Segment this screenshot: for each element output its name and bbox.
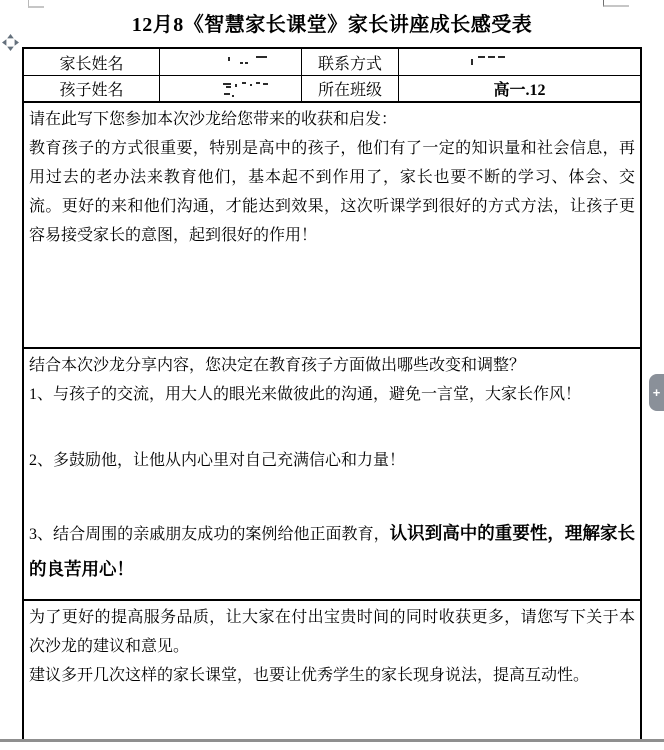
table-row: 家长姓名 联系方式 (24, 49, 640, 76)
redacted-mark (488, 56, 495, 58)
answer-item-2: 2、多鼓励他，让他从内心里对自己充满信心和力量！ (29, 446, 635, 475)
class-value: 高一.12 (399, 76, 640, 101)
plus-icon: + (653, 385, 661, 400)
section1-question: 请在此写下您参加本次沙龙给您带来的收获和启发： (29, 105, 635, 134)
answer-item-1: 1、与孩子的交流，用大人的眼光来做彼此的沟通，避免一言堂，大家长作风！ (29, 380, 635, 409)
feedback-form-table: 家长姓名 联系方式 孩子姓名 (22, 47, 642, 740)
redacted-mark (245, 62, 248, 64)
word-document-page: { "doc": { "title": "12月8《智慧家长课堂》家长讲座成长感… (0, 0, 664, 750)
redacted-mark (235, 84, 237, 87)
child-name-label: 孩子姓名 (24, 76, 160, 101)
page-title: 12月8《智慧家长课堂》家长讲座成长感受表 (0, 8, 664, 37)
text-boundary-corner-mark-right (603, 0, 629, 7)
text-boundary-corner-mark-left (28, 0, 44, 8)
redacted-mark (232, 95, 234, 97)
redacted-mark (228, 57, 230, 61)
redacted-mark (223, 83, 231, 85)
section-suggestions: 为了更好的提高服务品质，让大家在付出宝贵时间的同时收获更多，请您写下关于本次沙龙… (24, 601, 640, 740)
redacted-mark (240, 62, 243, 64)
redacted-mark (263, 83, 268, 85)
contact-label: 联系方式 (302, 49, 399, 75)
section1-answer: 教育孩子的方式很重要，特别是高中的孩子，他们有了一定的知识量和社会信息，再用过去… (29, 134, 635, 250)
redacted-mark (256, 82, 260, 84)
answer-item-3-normal: 3、结合周围的亲戚朋友成功的案例给他正面教育， (29, 526, 390, 543)
redacted-mark (224, 93, 230, 95)
section-changes-and-adjustments: 结合本次沙龙分享内容，您决定在教育孩子方面做出哪些改变和调整？ 1、与孩子的交流… (24, 349, 640, 601)
redacted-mark (242, 82, 246, 84)
contact-value-cell (399, 49, 640, 75)
bottom-divider (0, 739, 664, 742)
parent-name-value-cell (160, 49, 302, 75)
redacted-mark (478, 56, 485, 58)
section3-answer: 建议多开几次这样的家长课堂，也要让优秀学生的家长现身说法，提高互动性。 (29, 661, 635, 690)
section-gains-and-inspiration: 请在此写下您参加本次沙龙给您带来的收获和启发： 教育孩子的方式很重要，特别是高中… (24, 103, 640, 349)
redacted-mark (498, 56, 505, 58)
redacted-mark (250, 84, 252, 86)
section3-question: 为了更好的提高服务品质，让大家在付出宝贵时间的同时收获更多，请您写下关于本次沙龙… (29, 603, 635, 661)
redacted-mark (471, 59, 473, 65)
table-row: 孩子姓名 所在班级 高一.12 (24, 76, 640, 103)
child-name-value-cell (160, 76, 302, 101)
answer-item-3: 3、结合周围的亲戚朋友成功的案例给他正面教育，认识到高中的重要性，理解家长的良苦… (29, 516, 635, 588)
parent-name-label: 家长姓名 (24, 49, 160, 75)
class-label: 所在班级 (302, 76, 399, 101)
table-move-handle-icon[interactable] (2, 34, 19, 51)
redacted-mark (226, 86, 231, 88)
redacted-mark (256, 56, 267, 58)
side-plus-tab-button[interactable]: + (649, 374, 664, 411)
section2-question: 结合本次沙龙分享内容，您决定在教育孩子方面做出哪些改变和调整？ (29, 351, 635, 380)
